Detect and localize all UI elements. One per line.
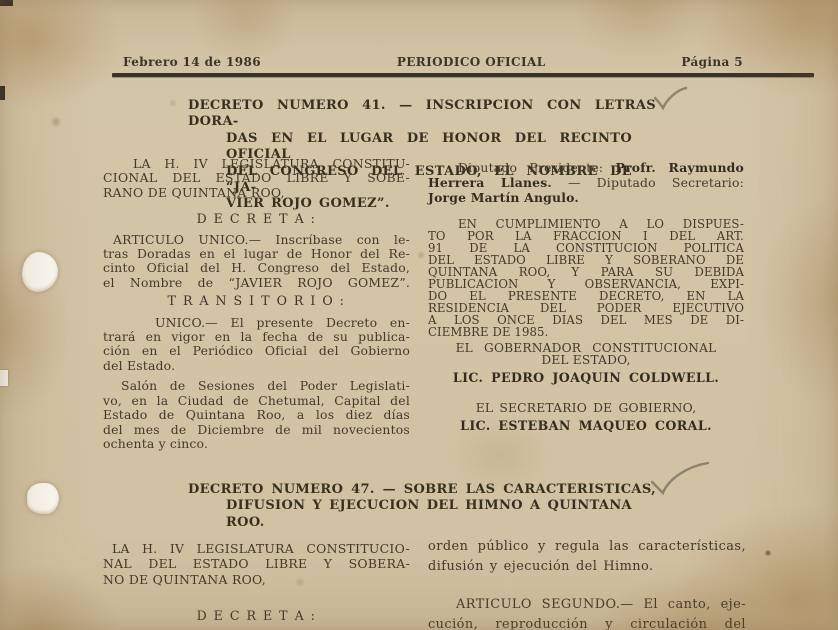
decreta-heading: D E C R E T A : (103, 212, 410, 226)
deputy-president-label: Diputado Presidente: (458, 160, 603, 175)
decree-41-left-column: LA H. IV LEGISLATURA CONSTITU-CIONAL DEL… (103, 157, 410, 451)
secretary-title: EL SECRETARIO DE GOBIERNO, (428, 401, 744, 415)
legislature-paragraph: LA H. IV LEGISLATURA CONSTITUCIO-NAL DEL… (103, 541, 410, 587)
text-line: Salón de Sesiones del Poder Legislati- (103, 379, 410, 393)
pencil-checkmark-icon (648, 460, 712, 496)
text-line: del Estado. (103, 359, 410, 373)
header-rule (112, 73, 814, 77)
order-paragraph: orden público y regula las característic… (428, 537, 746, 578)
compliance-paragraph: EN CUMPLIMIENTO A LO DISPUES-TO POR LA F… (428, 218, 744, 339)
text-line: ROO. (188, 515, 656, 531)
page-header: Febrero 14 de 1986 PERIODICO OFICIAL Pág… (123, 55, 743, 69)
page-number: Página 5 (681, 55, 743, 69)
text-line: LA H. IV LEGISLATURA CONSTITU- (103, 157, 410, 171)
text-line: EN CUMPLIMIENTO A LO DISPUES- (428, 218, 744, 230)
text-line: ARTICULO UNICO.— Inscríbase con le- (103, 233, 410, 247)
text-line: DIFUSION Y EJECUCION DEL HIMNO A QUINTAN… (188, 498, 656, 514)
pencil-checkmark-icon (652, 85, 690, 113)
secretary-name: LIC. ESTEBAN MAQUEO CORAL. (428, 419, 744, 433)
text-line: ochenta y cinco. (103, 437, 410, 451)
transitorio-heading: T R A N S I T O R I O : (103, 294, 410, 308)
deputy-secretary-label: — Diputado Secretario: (568, 175, 744, 190)
text-line: difusión y ejecución del Himno. (428, 557, 746, 577)
text-line: UNICO.— El presente Decreto en- (103, 316, 410, 330)
hole-punch (22, 252, 58, 292)
articulo-unico-paragraph: ARTICULO UNICO.— Inscríbase con le-tras … (103, 233, 410, 291)
text-line: cución, reproducción y circulación del (428, 615, 746, 630)
text-line: RANO DE QUINTANA ROO, (103, 186, 410, 200)
text-line: ción en el Periódico Oficial del Gobiern… (103, 344, 410, 358)
deputy-president-name: Profr. Raymundo (616, 160, 744, 175)
text-line: el Nombre de “JAVIER ROJO GOMEZ”. (103, 276, 410, 290)
text-line: trará en vigor en la fecha de su publica… (103, 330, 410, 344)
decree-47-title: DECRETO NUMERO 47. — SOBRE LAS CARACTERI… (188, 482, 656, 531)
text-line: TO POR LA FRACCION I DEL ART. (428, 230, 744, 242)
text-line: ARTICULO SEGUNDO.— El canto, eje- (428, 595, 746, 615)
deputies-paragraph: Diputado Presidente: Profr. Raymundo Her… (428, 160, 744, 206)
scan-artifact-corner (0, 0, 13, 6)
text-line: del mes de Diciembre de mil novecientos (103, 423, 410, 437)
unico-paragraph: UNICO.— El presente Decreto en-trará en … (103, 316, 410, 374)
decreta-heading: D E C R E T A : (103, 609, 410, 623)
scan-artifact-white-edge (0, 370, 8, 386)
governor-title-line2: DEL ESTADO, (428, 354, 744, 367)
text-line: vo, en la Ciudad de Chetumal, Capital de… (103, 394, 410, 408)
scanned-gazette-page: Febrero 14 de 1986 PERIODICO OFICIAL Pág… (0, 0, 838, 630)
scan-artifact-edge (0, 86, 5, 100)
publication-title: PERIODICO OFICIAL (397, 55, 546, 69)
text-line: LA H. IV LEGISLATURA CONSTITUCIO- (103, 541, 410, 556)
text-line: DECRETO NUMERO 47. — SOBRE LAS CARACTERI… (188, 482, 656, 498)
deputy-president-name-2: Herrera Llanes. (428, 175, 552, 190)
deputy-secretary-name: Jorge Martín Angulo. (428, 190, 579, 205)
text-line: NAL DEL ESTADO LIBRE Y SOBERA- (103, 556, 410, 571)
text-line: Diputado Presidente: Profr. Raymundo (428, 160, 744, 175)
text-line: DECRETO NUMERO 41. — INSCRIPCION CON LET… (188, 98, 656, 131)
text-line: Estado de Quintana Roo, a los diez días (103, 408, 410, 422)
text-line: CIEMBRE DE 1985. (428, 326, 744, 338)
salon-de-sesiones-paragraph: Salón de Sesiones del Poder Legislati-vo… (103, 379, 410, 451)
text-line: Herrera Llanes. — Diputado Secretario: (428, 175, 744, 190)
header-date: Febrero 14 de 1986 (123, 55, 261, 69)
text-line: Jorge Martín Angulo. (428, 190, 744, 205)
text-line: cinto Oficial del H. Congreso del Estado… (103, 261, 410, 275)
decree-47-left-column: LA H. IV LEGISLATURA CONSTITUCIO-NAL DEL… (103, 541, 410, 624)
text-line: orden público y regula las característic… (428, 537, 746, 557)
text-line: NO DE QUINTANA ROO, (103, 572, 410, 587)
decree-47-right-column: orden público y regula las característic… (428, 537, 746, 630)
text-line: CIONAL DEL ESTADO LIBRE Y SOBE- (103, 171, 410, 185)
hole-punch (27, 483, 59, 514)
decree-41-right-column: Diputado Presidente: Profr. Raymundo Her… (428, 160, 744, 433)
text-line: tras Doradas en el lugar de Honor del Re… (103, 247, 410, 261)
articulo-segundo-paragraph: ARTICULO SEGUNDO.— El canto, eje-cución,… (428, 595, 746, 630)
governor-name: LIC. PEDRO JOAQUIN COLDWELL. (428, 371, 744, 385)
legislature-paragraph: LA H. IV LEGISLATURA CONSTITU-CIONAL DEL… (103, 157, 410, 200)
